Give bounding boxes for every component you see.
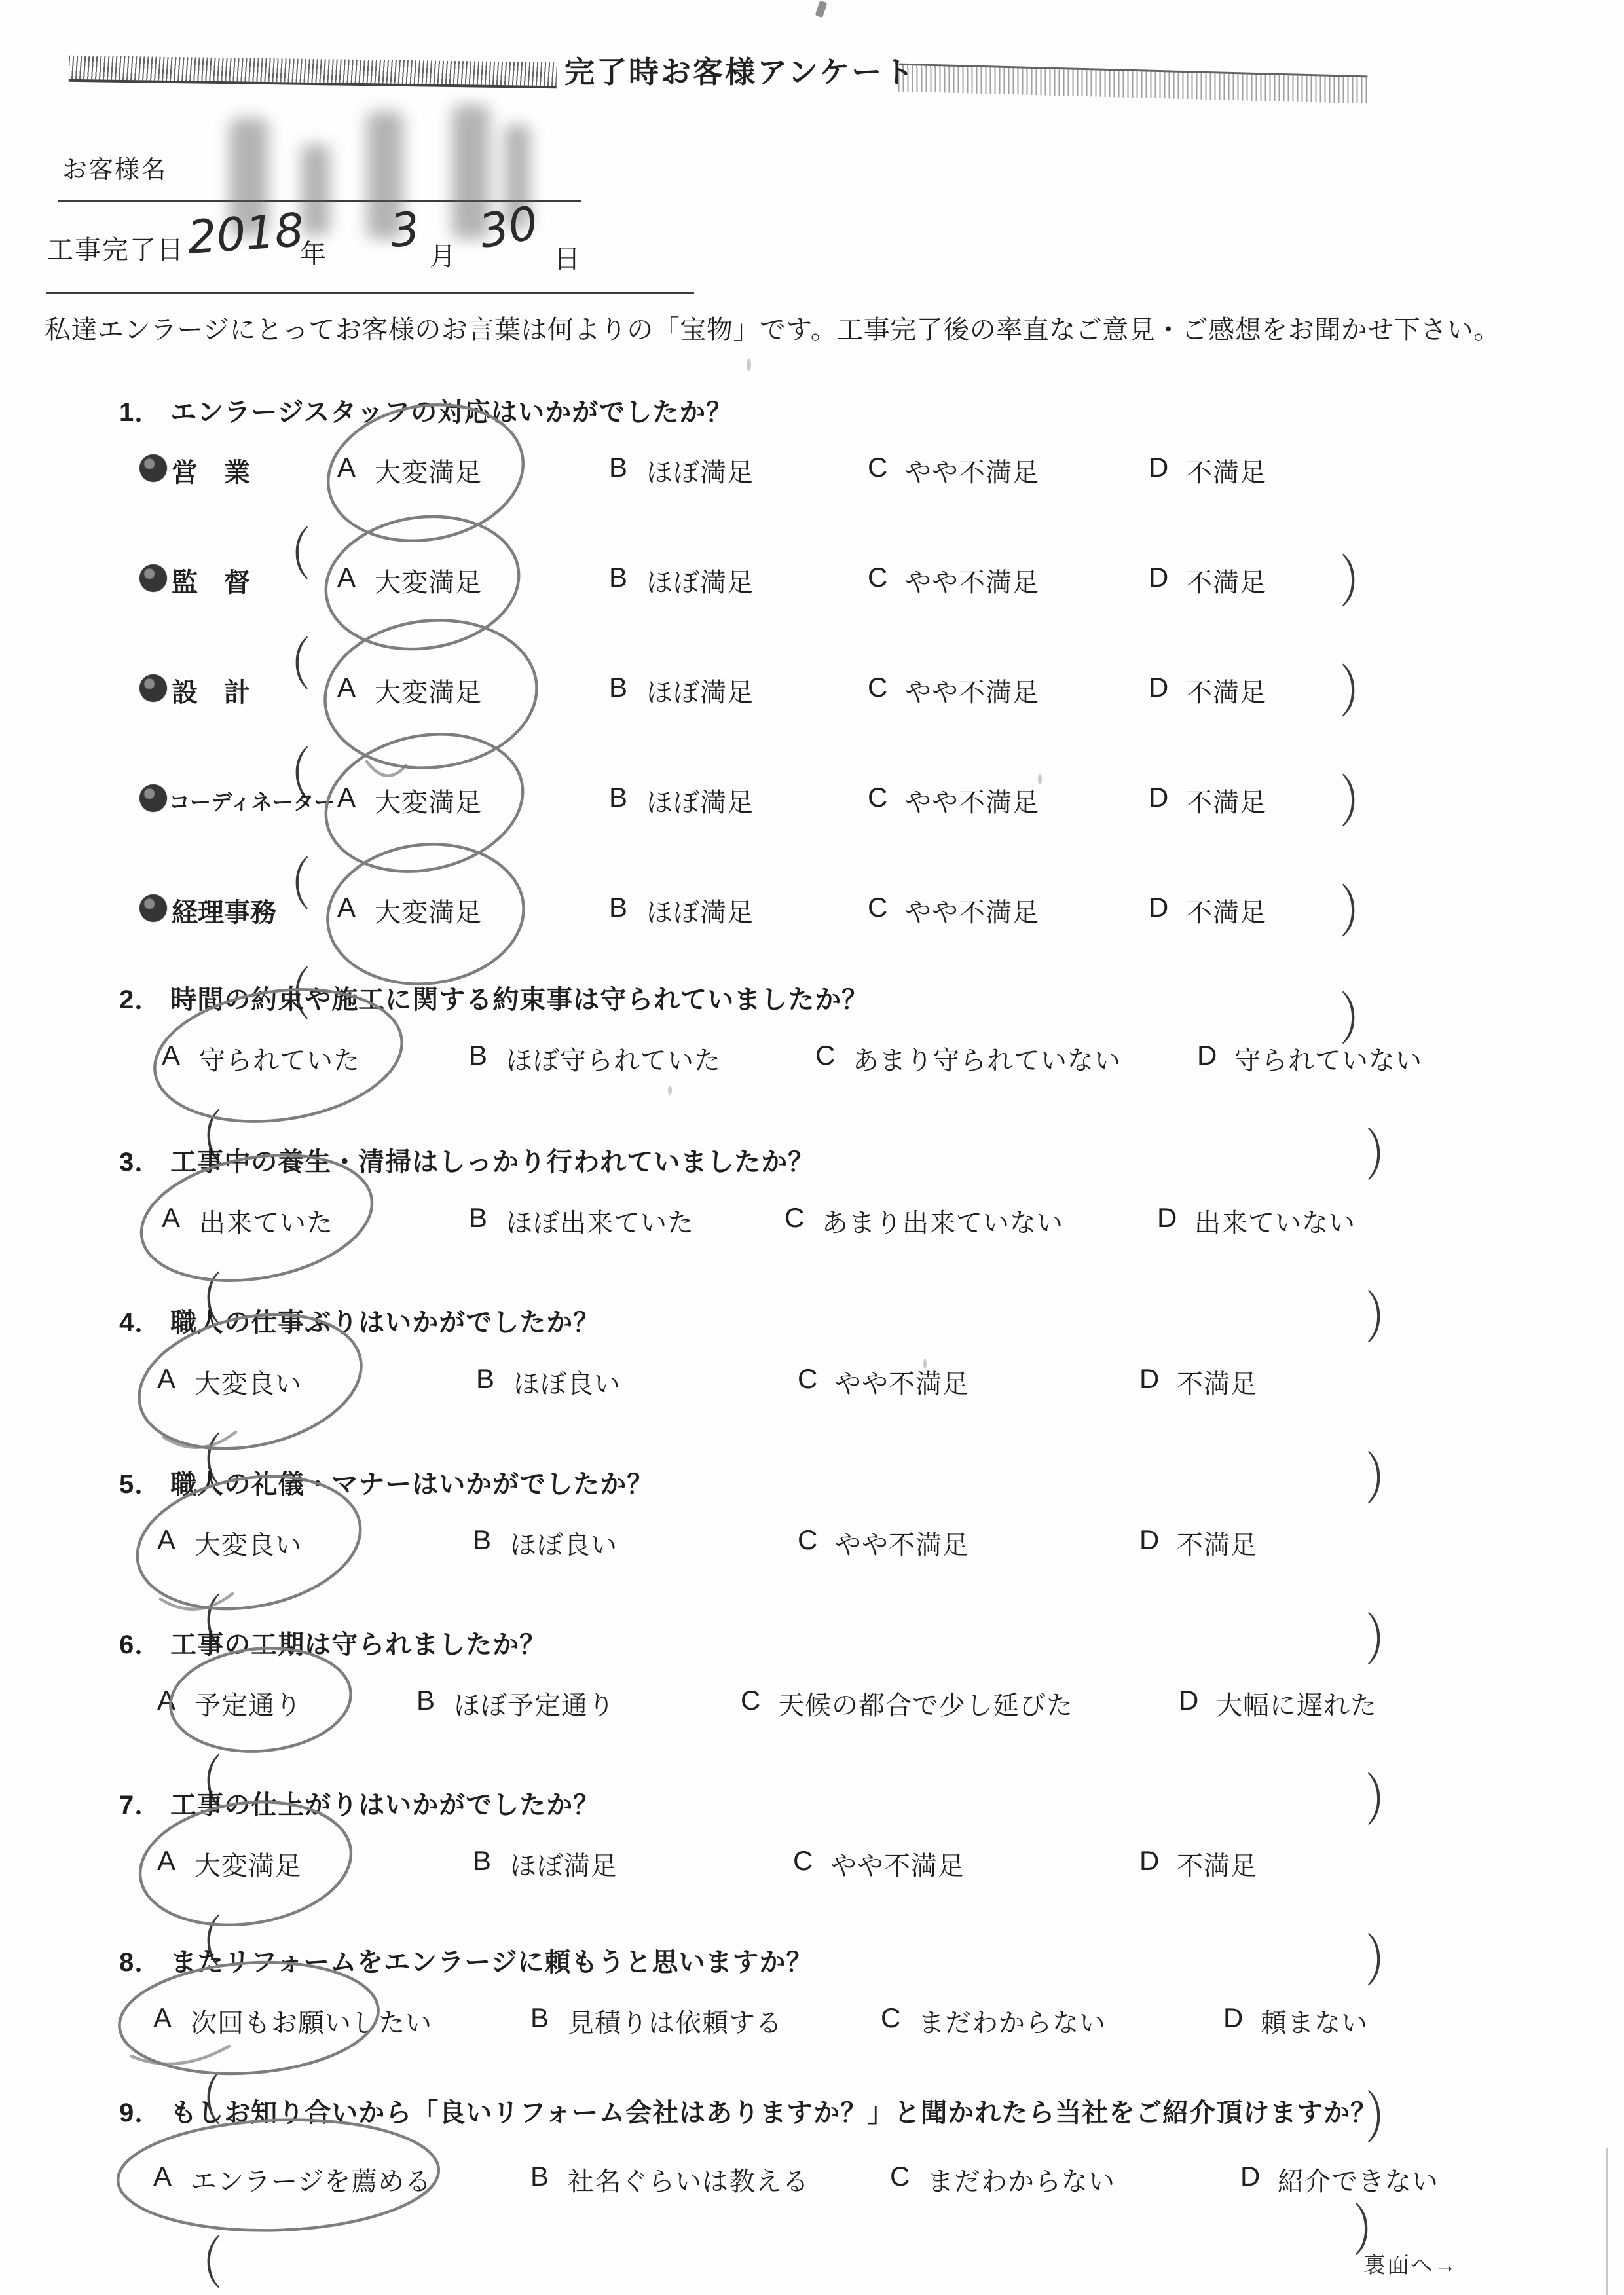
hand-drawn-tape-left — [69, 56, 557, 88]
scan-speck — [668, 1086, 672, 1095]
survey-page: 完了時お客様アンケート お客様名 工事完了日 2018 年 3 月 30 日 私… — [0, 0, 1624, 2295]
back-page-note: 裏面へ→ — [1363, 2247, 1458, 2279]
comment-paren-close: ） — [1365, 1434, 1407, 1515]
date-year-handwritten: 2018 — [185, 203, 305, 265]
scan-speck — [747, 359, 751, 371]
scan-edge-line — [1606, 2148, 1608, 2295]
question-1-title: 1．エンラージスタッフの対応はいかがでしたか？ — [119, 392, 733, 429]
comment-paren-close: ） — [1365, 1755, 1407, 1837]
comment-paren-close: ） — [1365, 1595, 1407, 1676]
staff-badge-icon — [139, 784, 167, 812]
comment-paren-close: ） — [1340, 647, 1382, 728]
comment-paren-open: （ — [268, 619, 310, 701]
scan-speck — [923, 1359, 927, 1369]
staff-badge-icon — [139, 454, 167, 482]
comment-paren-close: ） — [1365, 1111, 1407, 1192]
date-month-suffix: 月 — [430, 236, 456, 273]
comment-paren-open: （ — [180, 2218, 222, 2295]
comment-paren-close: ） — [1340, 867, 1382, 948]
staff-badge-icon — [139, 674, 167, 702]
comment-paren-open: （ — [268, 509, 310, 591]
comment-paren-close: ） — [1340, 757, 1382, 838]
comment-paren-close: ） — [1365, 1273, 1407, 1354]
date-year-suffix: 年 — [300, 233, 326, 270]
date-underline — [46, 292, 694, 294]
comment-paren-close: ） — [1365, 1916, 1407, 1997]
staff-badge-icon — [139, 564, 167, 592]
scan-speck — [1038, 774, 1042, 784]
pen-tail-mark — [367, 762, 406, 776]
completion-date-label: 工事完了日 — [47, 229, 185, 266]
hand-drawn-tape-right — [898, 64, 1368, 104]
date-day-handwritten: 30 — [475, 196, 542, 259]
intro-text: 私達エンラージにとってお客様のお言葉は何よりの「宝物」です。工事完了後の率直なご… — [45, 309, 1500, 346]
staff-badge-icon — [139, 894, 167, 922]
date-day-suffix: 日 — [554, 238, 580, 276]
customer-name-label: お客様名 — [62, 149, 167, 185]
scan-artifact — [815, 1, 828, 18]
comment-paren-close: ） — [1340, 537, 1382, 618]
date-month-handwritten: 3 — [388, 202, 422, 258]
page-title: 完了時お客様アンケート — [564, 48, 915, 92]
